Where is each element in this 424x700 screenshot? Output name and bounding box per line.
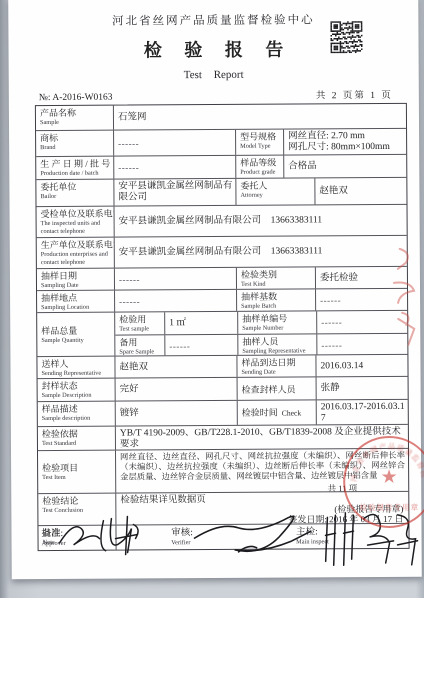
page-info: 共 2 页第 1 页 [316, 87, 393, 101]
row-proddate-grade: 生 产 日 期 / 批 号 Production date / batch --… [36, 154, 406, 179]
row-brand-model: 商标 Brand ------ 型号规格 Model Type 网丝直径: 2.… [36, 128, 406, 156]
sample-batch-value: ------ [315, 289, 407, 311]
qr-code [330, 21, 362, 53]
test-conclusion-label: 检验结论 Test Conclusion [38, 494, 115, 525]
sample-description-label: 样品描述 Sample description [38, 402, 115, 426]
signature-row: 批准: Approver 审核: Verifier 主检: Main inspe… [41, 527, 401, 548]
test-item-total: 共 11 项 [120, 482, 405, 493]
sample-number-value: ------ [316, 311, 407, 334]
sender-label: 送样人 Sending Representative [37, 357, 114, 378]
attorney-label: 委托人 Attorney [235, 178, 314, 204]
sample-description-value: 镀锌 [115, 401, 237, 426]
bailor-value: 安平县谦凯金属丝网制品有限公司 [113, 179, 235, 206]
sampling-representative-value: ------ [316, 334, 407, 356]
test-kind-label: 检验类别 Test Kind [236, 267, 315, 288]
verifier-label: 审核: Verifier [171, 528, 288, 547]
product-label: 产品名称 Sample [36, 106, 113, 130]
row-sealstate-checker: 封样状态 Sample Description 完好 检查封样人员 Check … [38, 376, 408, 401]
report-table: 产品名称 Sample 石笼网 商标 Brand ------ 型号规格 Mod… [35, 103, 410, 551]
test-conclusion-value: 检验结果详见数据页 (检验报告专用章) 签发日期: 2016 年 03 月 17… [115, 492, 408, 525]
seal-checker-label: 检查封样人员 Check sealing sample personnel [237, 377, 316, 399]
brand-value: ------ [113, 130, 235, 156]
arrival-date-label: 样品到达日期 Sending Date [236, 355, 315, 376]
row-product: 产品名称 Sample 石笼网 [36, 104, 406, 130]
report-page: 河北省丝网产品质量监督检验中心 检 验 报 告 Test Report №: A… [8, 0, 422, 579]
test-item-value: 网丝直径、边丝直径、网孔尺寸、网丝抗拉强度（未编织）、网丝断后伸长率（未编织）、… [115, 449, 408, 493]
test-kind-value: 委托检验 [315, 267, 407, 289]
row-samplingloc-batch: 抽样地点 Sampling Location ------ 抽样基数 Sampl… [37, 288, 407, 312]
row-sender-arrival: 送样人 Sending Representative 赵艳双 样品到达日期 Se… [37, 354, 407, 378]
inspected-unit-value: 安平县谦凯金属丝网制品有限公司 13663383111 [114, 205, 407, 237]
sampling-location-label: 抽样地点 Sampling Location [37, 291, 114, 312]
row-sampledesc-testtime: 样品描述 Sample description 镀锌 检验时间 Check se… [38, 399, 408, 426]
model-value: 网丝直径: 2.70 mm 网孔尺寸: 80mm×100mm [283, 129, 406, 155]
row-inspected-unit: 受检单位及联系电话 The inspected units and contac… [37, 204, 407, 237]
attorney-value: 赵艳双 [314, 178, 406, 205]
report-number: №: A-2016-W0163 [39, 93, 113, 103]
row-samplingdate-testkind: 抽样日期 Sampling Date ------ 检验类别 Test Kind… [37, 266, 407, 290]
test-standard-label: 检验依据 Test Standard [38, 427, 115, 450]
photo-background: 河北省丝网产品质量监督检验中心 检 验 报 告 Test Report №: A… [0, 0, 424, 598]
inspected-unit-label: 受检单位及联系电话 The inspected units and contac… [37, 207, 114, 237]
spare-sample-value: ------ [164, 335, 237, 356]
sampling-date-value: ------ [114, 268, 236, 290]
seal-state-value: 完好 [115, 378, 237, 401]
production-unit-label: 生产单位及联系电话 Production enterprises and con… [37, 238, 114, 268]
production-date-value: ------ [113, 156, 235, 179]
approver-label: 批准: Approver [41, 528, 163, 547]
spare-sample-label: 备用 Spare Sample [115, 335, 164, 355]
test-sample-label: 检验用 Test sample [115, 312, 164, 334]
sampling-representative-label: 抽样人员 Sampling Representative [237, 334, 316, 355]
grade-value: 合格品 [283, 155, 406, 178]
arrival-date-value: 2016.03.14 [315, 355, 407, 377]
brand-label: 商标 Brand [36, 131, 113, 156]
sample-quantity-label: 样品总量 Sample Quantity [37, 313, 114, 356]
sampling-date-label: 抽样日期 Sampling Date [37, 269, 114, 290]
seal-state-label: 封样状态 Sample Description [38, 379, 115, 401]
row-test-standard: 检验依据 Test Standard YB/T 4190-2009、GB/T22… [38, 424, 408, 450]
test-item-label: 检验项目 Test Item [38, 451, 115, 493]
sample-batch-label: 抽样基数 Sample Batch [236, 289, 315, 310]
seal-checker-value: 张静 [316, 377, 408, 400]
row-production-unit: 生产单位及联系电话 Production enterprises and con… [37, 235, 407, 268]
inspector-label: 主检: Main inspect [296, 527, 394, 546]
issue-date: 签发日期: 2016 年 03 月 17 日 [288, 512, 403, 525]
sample-number-label: 抽样单编号 Sample Number [237, 311, 316, 333]
row-sample-quantity: 样品总量 Sample Quantity 检验用 Test sample 1 ㎡ [37, 310, 407, 356]
test-time-label: 检验时间 Check sealing sample time [237, 400, 316, 424]
row-bailor-attorney: 委托单位 Bailor 安平县谦凯金属丝网制品有限公司 委托人 Attorney… [36, 177, 406, 206]
report-title-en: Test Report [9, 68, 419, 83]
bailor-label: 委托单位 Bailor [36, 180, 113, 206]
sender-value: 赵艳双 [114, 356, 236, 378]
test-standard-value: YB/T 4190-2009、GB/T228.1-2010、GB/T1839-2… [115, 425, 408, 450]
test-sample-value: 1 ㎡ [164, 312, 237, 334]
test-time-value: 2016.03.17-2016.03.17 [316, 400, 408, 425]
sample-quantity-detail: 检验用 Test sample 1 ㎡ 抽样单编号 Sample Number … [114, 311, 407, 356]
production-unit-value: 安平县谦凯金属丝网制品有限公司 13663383111 [114, 236, 407, 268]
grade-label: 样品等级 Product grade [235, 156, 283, 178]
row-test-conclusion: 检验结论 Test Conclusion 检验结果详见数据页 (检验报告专用章)… [38, 491, 408, 525]
row-test-item: 检验项目 Test Item 网丝直径、边丝直径、网孔尺寸、网丝抗拉强度（未编织… [38, 448, 408, 493]
product-value: 石笼网 [113, 104, 406, 130]
model-label: 型号规格 Model Type [235, 130, 283, 155]
production-date-label: 生 产 日 期 / 批 号 Production date / batch [36, 157, 113, 179]
sampling-location-value: ------ [114, 290, 236, 312]
